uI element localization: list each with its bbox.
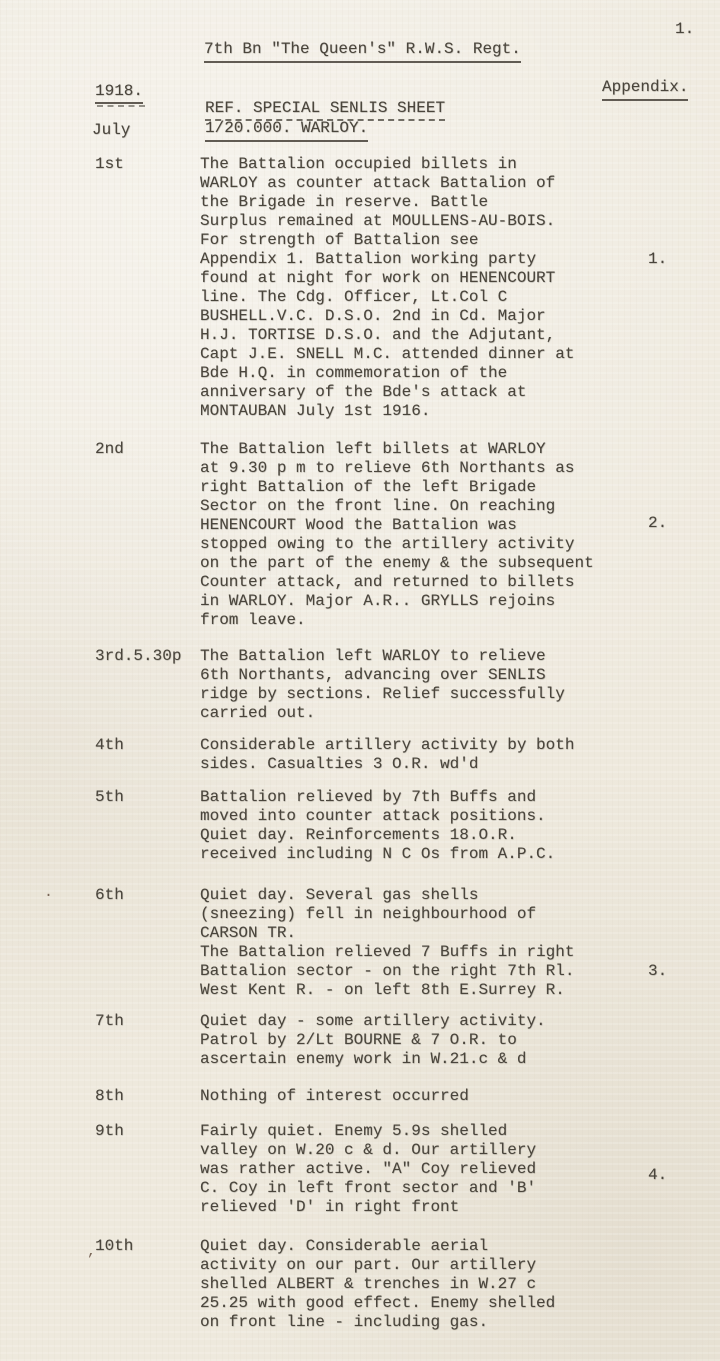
- diary-entry: 8th Nothing of interest occurred: [0, 1087, 720, 1106]
- entry-date: 4th: [95, 736, 124, 755]
- entry-date: 8th: [95, 1087, 124, 1106]
- month-label: July: [92, 121, 130, 140]
- entry-text: Fairly quiet. Enemy 5.9s shelled valley …: [200, 1122, 665, 1217]
- entry-text: The Battalion left WARLOY to relieve 6th…: [200, 647, 665, 723]
- diary-entry: 9th Fairly quiet. Enemy 5.9s shelled val…: [0, 1122, 720, 1217]
- diary-entry: 5th Battalion relieved by 7th Buffs and …: [0, 788, 720, 864]
- entry-date: 3rd.5.30p: [95, 647, 181, 666]
- map-reference-line-1: REF. SPECIAL SENLIS SHEET: [205, 99, 445, 121]
- diary-entry: 10th Quiet day. Considerable aerial acti…: [0, 1237, 720, 1332]
- appendix-heading: Appendix.: [602, 78, 688, 101]
- margin-note: 3.: [648, 962, 667, 981]
- diary-entry: 7th Quiet day - some artillery activity.…: [0, 1012, 720, 1069]
- entry-text: Quiet day. Considerable aerial activity …: [200, 1237, 665, 1332]
- margin-note: 4.: [648, 1166, 667, 1185]
- stray-mark: ’: [86, 1252, 95, 1269]
- diary-entry: 4th Considerable artillery activity by b…: [0, 736, 720, 774]
- entry-text: Nothing of interest occurred: [200, 1087, 665, 1106]
- diary-entry: 2nd The Battalion left billets at WARLOY…: [0, 440, 720, 630]
- entry-text: The Battalion occupied billets in WARLOY…: [200, 155, 665, 421]
- margin-note: 1.: [648, 250, 667, 269]
- entry-text: Quiet day. Several gas shells (sneezing)…: [200, 886, 665, 1000]
- entry-date: 1st: [95, 155, 124, 174]
- entry-text: Considerable artillery activity by both …: [200, 736, 665, 774]
- entry-date: 9th: [95, 1122, 124, 1141]
- entry-date: 10th: [95, 1237, 133, 1256]
- page-number: 1.: [675, 20, 694, 39]
- entry-date: 5th: [95, 788, 124, 807]
- entry-date: 7th: [95, 1012, 124, 1031]
- entry-text: Quiet day - some artillery activity. Pat…: [200, 1012, 665, 1069]
- war-diary-page: 1. 7th Bn "The Queen's" R.W.S. Regt. 191…: [0, 0, 720, 1361]
- margin-note: 2.: [648, 514, 667, 533]
- map-reference-line-2: 1/20.000. WARLOY.: [205, 119, 368, 142]
- entry-text: Battalion relieved by 7th Buffs and move…: [200, 788, 665, 864]
- entry-date: 2nd: [95, 440, 124, 459]
- entry-date: 6th: [95, 886, 124, 905]
- diary-entry: 6th Quiet day. Several gas shells (sneez…: [0, 886, 720, 1000]
- document-title: 7th Bn "The Queen's" R.W.S. Regt.: [204, 40, 521, 63]
- diary-entry: 1st The Battalion occupied billets in WA…: [0, 155, 720, 421]
- year-heading: 1918.: [95, 82, 143, 104]
- diary-entry: 3rd.5.30p The Battalion left WARLOY to r…: [0, 647, 720, 723]
- entry-text: The Battalion left billets at WARLOY at …: [200, 440, 665, 630]
- stray-mark: .: [44, 884, 53, 901]
